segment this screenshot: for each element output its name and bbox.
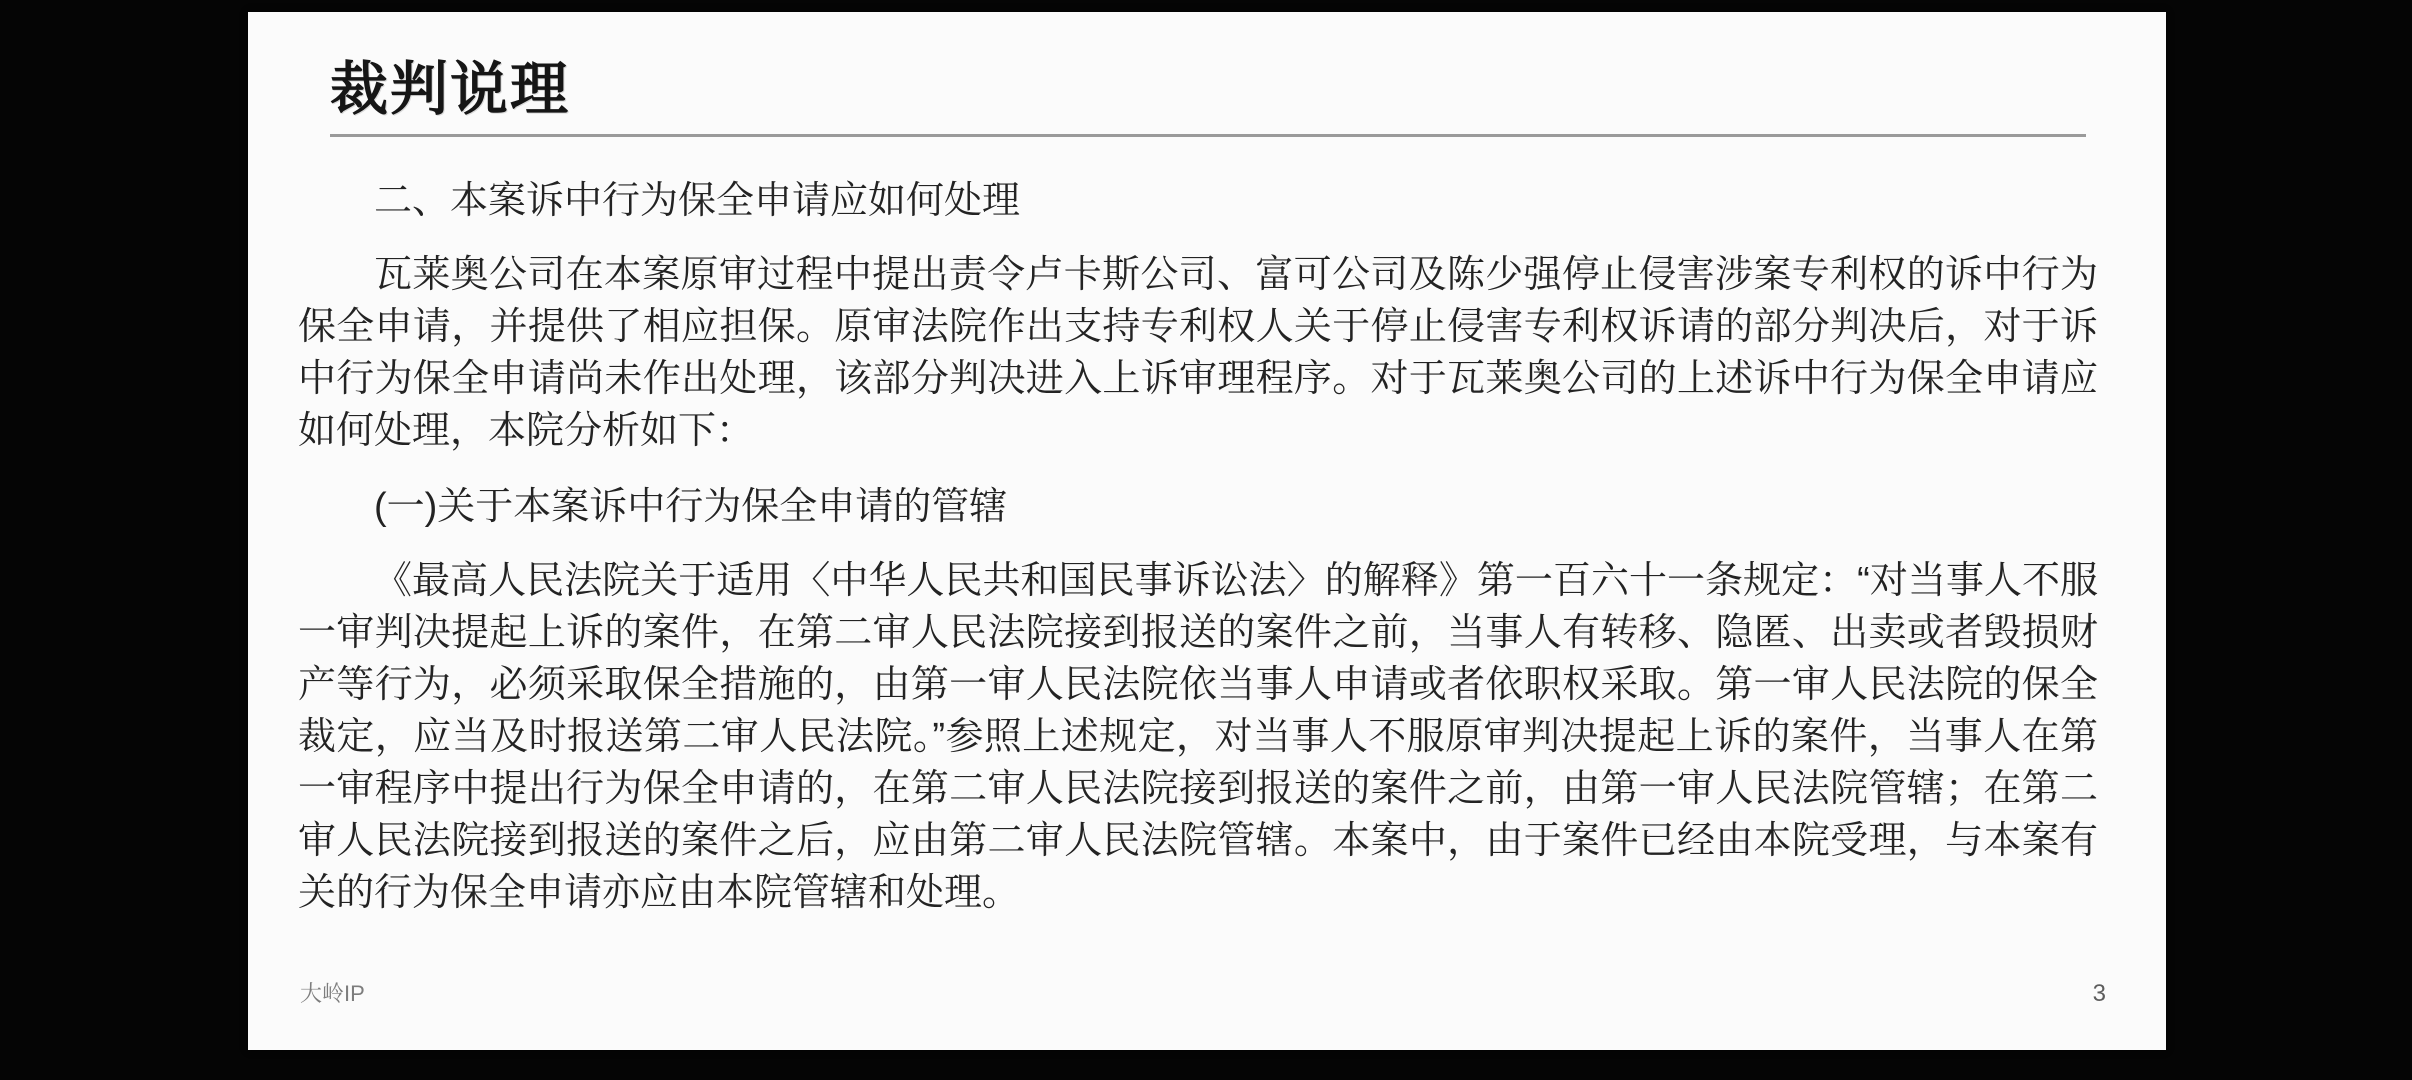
title-divider (330, 134, 2086, 137)
slide-title: 裁判说理 (330, 58, 2084, 122)
video-frame: 裁判说理 二、本案诉中行为保全申请应如何处理瓦莱奥公司在本案原审过程中提出责令卢… (0, 0, 2412, 1080)
footer-brand: 大岭IP (300, 977, 365, 1008)
paragraph: 《最高人民法院关于适用〈中华人民共和国民事诉讼法〉的解释》第一百六十一条规定：“… (298, 555, 2098, 919)
page-number: 3 (2093, 980, 2106, 1008)
paragraph: 瓦莱奥公司在本案原审过程中提出责令卢卡斯公司、富可公司及陈少强停止侵害涉案专利权… (298, 249, 2098, 457)
section-heading: (一)关于本案诉中行为保全申请的管辖 (298, 481, 2098, 533)
section-heading: 二、本案诉中行为保全申请应如何处理 (298, 175, 2098, 227)
slide-footer: 大岭IP 3 (248, 977, 2166, 1008)
slide-body: 二、本案诉中行为保全申请应如何处理瓦莱奥公司在本案原审过程中提出责令卢卡斯公司、… (298, 175, 2098, 919)
presentation-slide: 裁判说理 二、本案诉中行为保全申请应如何处理瓦莱奥公司在本案原审过程中提出责令卢… (248, 12, 2166, 1050)
